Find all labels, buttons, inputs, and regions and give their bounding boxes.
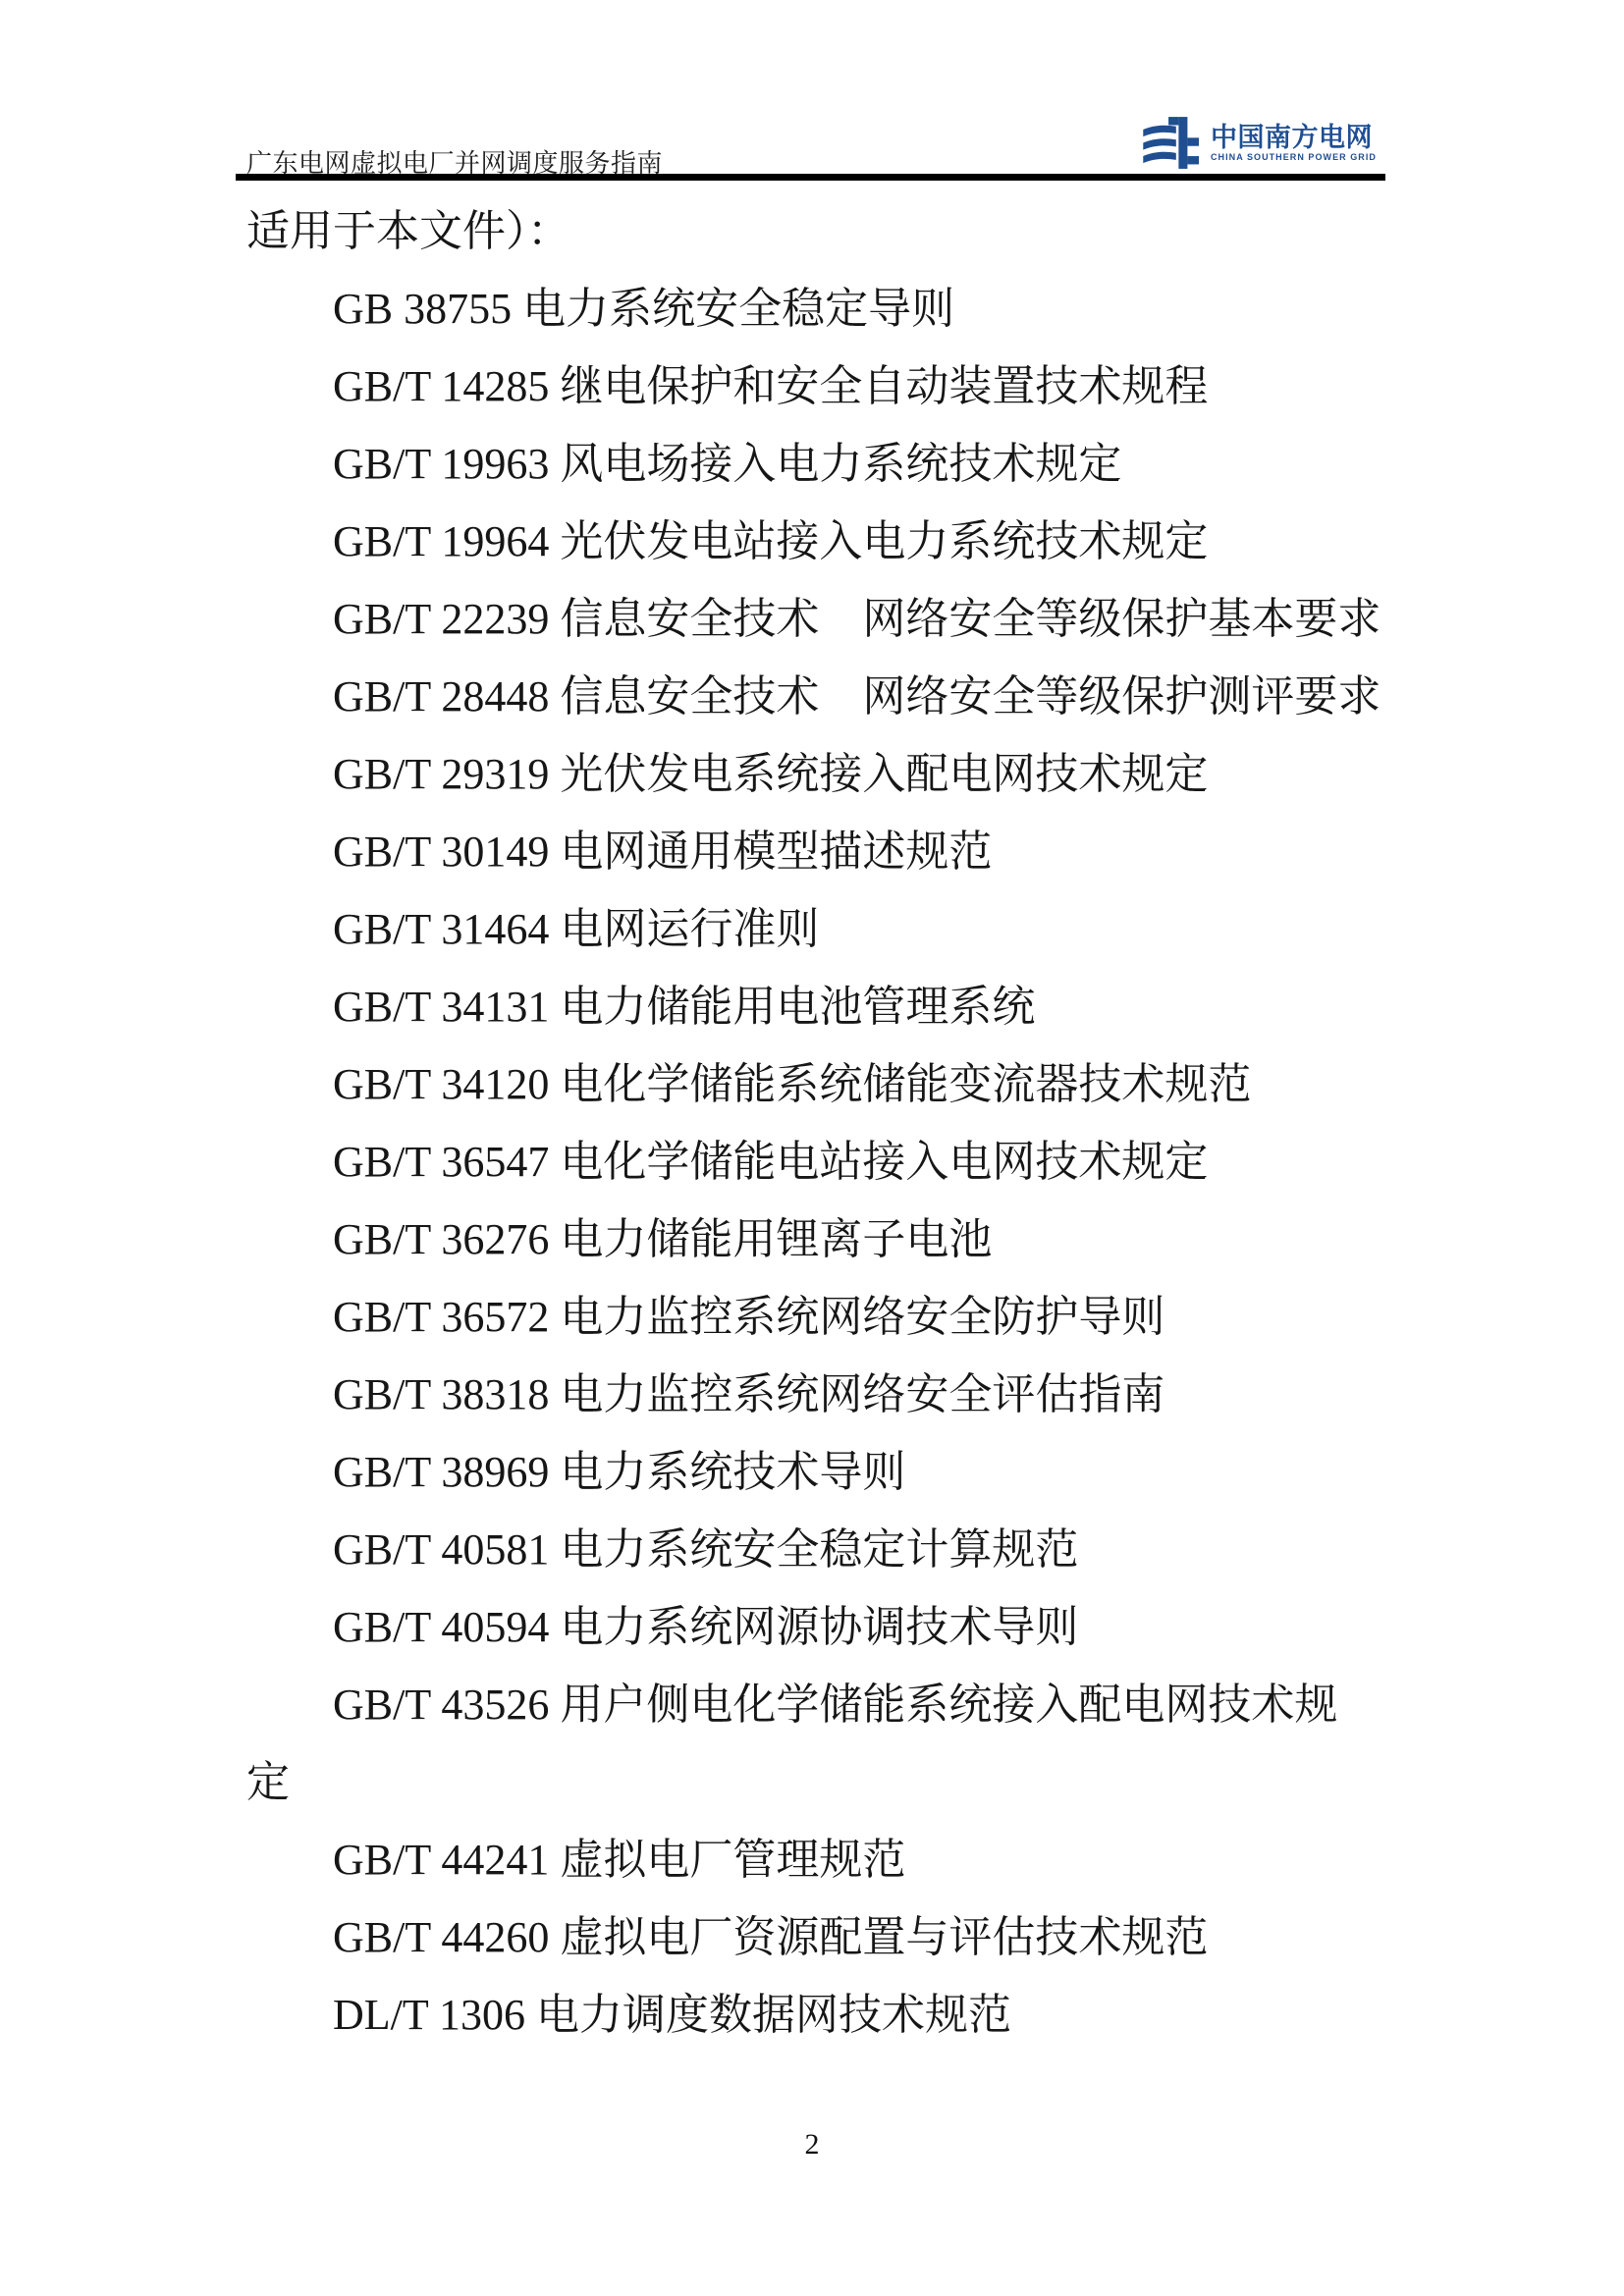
power-grid-logo-icon [1142,108,1199,169]
document-text-line: GB/T 40581 电力系统安全稳定计算规范 [246,1511,1405,1588]
document-text-line: GB/T 40594 电力系统网源协调技术导则 [246,1588,1405,1666]
document-text-line: DL/T 1306 电力调度数据网技术规范 [246,1976,1405,2054]
company-logo: 中国南方电网 CHINA SOUTHERN POWER GRID [1142,106,1377,169]
header-divider-rule [236,174,1385,181]
logo-chinese-name: 中国南方电网 [1211,124,1377,151]
document-text-line: GB/T 44260 虚拟电厂资源配置与评估技术规范 [246,1898,1405,1976]
document-text-line: GB/T 30149 电网通用模型描述规范 [246,813,1405,890]
document-text-line: GB/T 36547 电化学储能电站接入电网技术规定 [246,1123,1405,1201]
document-text-line: GB/T 44241 虚拟电厂管理规范 [246,1821,1405,1898]
document-text-line: GB/T 36572 电力监控系统网络安全防护导则 [246,1278,1405,1356]
document-text-line: GB/T 43526 用户侧电化学储能系统接入配电网技术规 [246,1666,1405,1743]
document-body: 适用于本文件）：GB 38755 电力系统安全稳定导则GB/T 14285 继电… [246,192,1405,2054]
document-text-line: 定 [246,1743,1405,1821]
logo-text-block: 中国南方电网 CHINA SOUTHERN POWER GRID [1211,106,1377,162]
document-text-line: GB/T 19964 光伏发电站接入电力系统技术规定 [246,503,1405,580]
document-text-line: GB/T 29319 光伏发电系统接入配电网技术规定 [246,735,1405,813]
document-text-line: GB/T 22239 信息安全技术 网络安全等级保护基本要求 [246,580,1405,658]
document-text-line: GB 38755 电力系统安全稳定导则 [246,270,1405,347]
document-text-line: GB/T 19963 风电场接入电力系统技术规定 [246,425,1405,503]
document-text-line: GB/T 38318 电力监控系统网络安全评估指南 [246,1356,1405,1433]
document-text-line: GB/T 34131 电力储能用电池管理系统 [246,968,1405,1045]
document-page: 广东电网虚拟电厂并网调度服务指南 中国南方电网 CHINA SOUTHERN P… [0,0,1624,2296]
document-text-line: 适用于本文件）： [246,192,1405,270]
document-text-line: GB/T 28448 信息安全技术 网络安全等级保护测评要求 [246,658,1405,735]
document-text-line: GB/T 38969 电力系统技术导则 [246,1433,1405,1511]
document-text-line: GB/T 31464 电网运行准则 [246,890,1405,968]
document-text-line: GB/T 14285 继电保护和安全自动装置技术规程 [246,347,1405,425]
document-text-line: GB/T 34120 电化学储能系统储能变流器技术规范 [246,1045,1405,1123]
logo-english-name: CHINA SOUTHERN POWER GRID [1211,152,1377,162]
page-number: 2 [0,2128,1624,2162]
document-text-line: GB/T 36276 电力储能用锂离子电池 [246,1201,1405,1278]
